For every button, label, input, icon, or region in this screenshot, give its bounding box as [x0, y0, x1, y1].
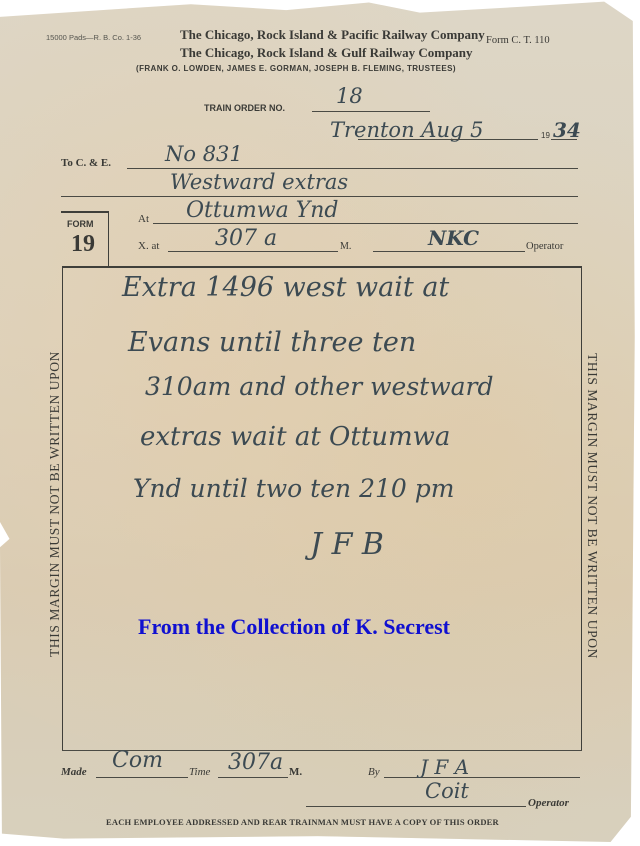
place-date-underline — [358, 139, 538, 140]
trustees-line: (FRANK O. LOWDEN, JAMES E. GORMAN, JOSEP… — [136, 64, 456, 73]
train-order-label: TRAIN ORDER NO. — [204, 103, 285, 113]
footer-operator-label: Operator — [528, 797, 569, 809]
order-line-2: Evans until three ten — [128, 327, 416, 358]
order-initials: J F B — [310, 527, 384, 562]
order-line-5: Ynd until two ten 210 pm — [133, 474, 454, 503]
left-margin-notice: THIS MARGIN MUST NOT BE WRITTEN UPON — [47, 339, 63, 669]
to-underline-2 — [61, 196, 578, 197]
form-box-top — [61, 211, 109, 213]
at-value: Ottumwa Ynd — [186, 198, 338, 223]
to-label: To C. & E. — [61, 157, 111, 169]
operator-label: Operator — [526, 241, 563, 252]
body-box-right — [581, 266, 582, 750]
time-value: 307a — [228, 750, 283, 775]
order-line-4: extras wait at Ottumwa — [140, 422, 450, 452]
train-order-number: 18 — [336, 84, 363, 108]
operator-underline — [373, 251, 525, 252]
form-number: 19 — [71, 231, 95, 258]
x-at-label: X. at — [138, 240, 159, 252]
x-at-value: 307 a — [215, 226, 277, 251]
time-underline — [218, 777, 288, 778]
train-order-underline — [312, 111, 430, 112]
operator-value: NKC — [428, 226, 479, 250]
year-underline — [551, 139, 577, 140]
collection-watermark: From the Collection of K. Secrest — [138, 614, 450, 640]
time-suffix: M. — [289, 766, 302, 778]
at-label: At — [138, 213, 149, 225]
print-code: 15000 Pads—R. B. Co. 1-36 — [46, 33, 141, 42]
by-underline — [384, 777, 580, 778]
to-value-2: Westward extras — [170, 170, 348, 194]
x-at-underline — [168, 251, 338, 252]
form-box-right — [108, 211, 109, 266]
company-line-1: The Chicago, Rock Island & Pacific Railw… — [180, 27, 485, 43]
order-line-3: 310am and other westward — [145, 372, 493, 401]
to-value-1: No 831 — [165, 142, 243, 166]
year-prefix: 19 — [541, 131, 550, 140]
to-underline-1 — [127, 168, 578, 169]
form-code: Form C. T. 110 — [486, 35, 550, 46]
right-margin-notice: THIS MARGIN MUST NOT BE WRITTEN UPON — [584, 341, 600, 671]
x-at-m-label: M. — [340, 241, 351, 252]
by-value: J F A — [420, 755, 469, 779]
order-line-1: Extra 1496 west wait at — [122, 272, 449, 303]
made-label: Made — [61, 766, 87, 778]
company-line-2: The Chicago, Rock Island & Gulf Railway … — [180, 45, 473, 61]
time-label: Time — [189, 766, 210, 778]
form-label: FORM — [67, 219, 94, 229]
at-underline — [153, 223, 578, 224]
copy-notice: EACH EMPLOYEE ADDRESSED AND REAR TRAINMA… — [106, 817, 499, 827]
body-box-top — [62, 266, 582, 268]
made-underline — [96, 777, 188, 778]
footer-operator-underline — [306, 806, 526, 807]
made-value: Com — [112, 748, 163, 773]
train-order-paper — [0, 0, 636, 842]
footer-operator-value: Coit — [425, 779, 469, 803]
by-label: By — [368, 766, 380, 778]
